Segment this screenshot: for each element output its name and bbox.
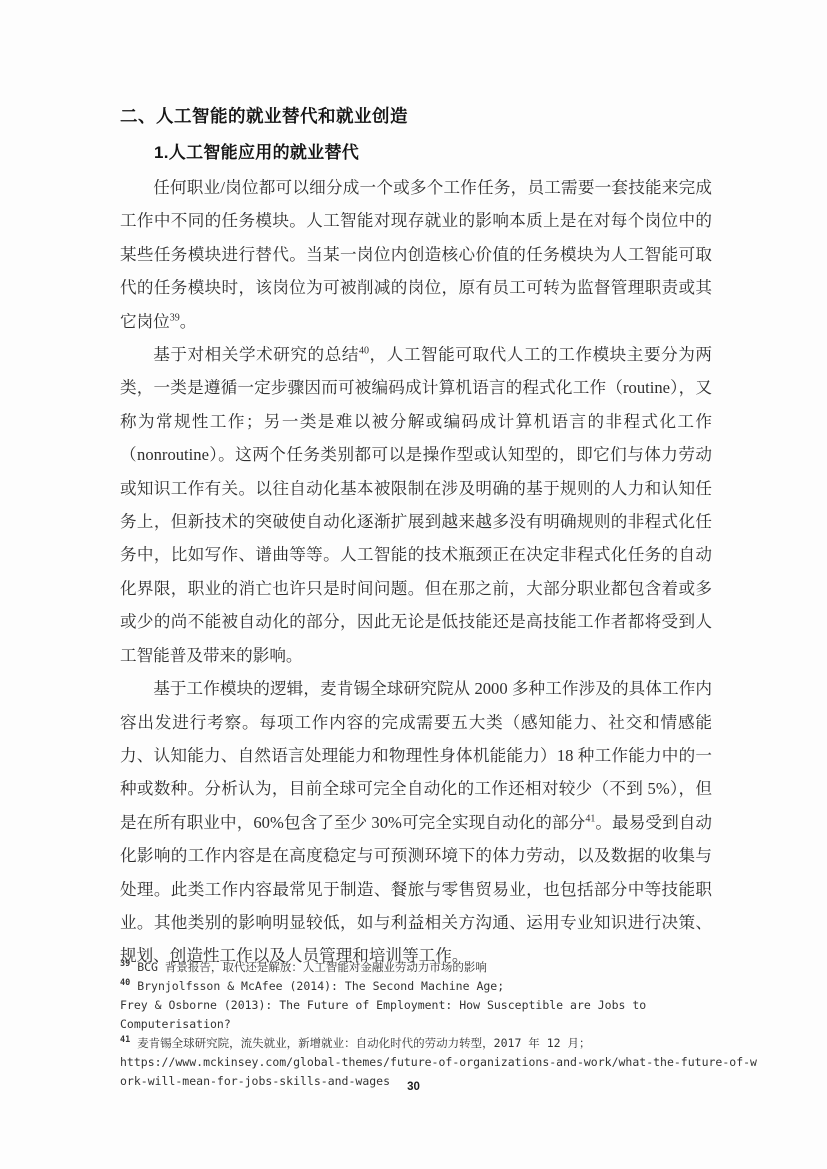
paragraph-3-text: 基于工作模块的逻辑，麦肯锡全球研究院从 2000 多种工作涉及的具体工作内容出发… <box>120 679 712 832</box>
paragraph-1-text: 任何职业/岗位都可以细分成一个或多个工作任务，员工需要一套技能来完成工作中不同的… <box>120 178 712 331</box>
paragraph-2-text-end: ，人工智能可取代人工的工作模块主要分为两类，一类是遵循一定步骤因而可被编码成计算… <box>120 345 712 665</box>
page-number: 30 <box>0 1081 827 1093</box>
section-heading: 二、人工智能的就业替代和就业创造 <box>120 104 712 128</box>
footnote-41-marker: 41 <box>120 1035 130 1045</box>
footnote-39-text: BCG 背景报告，取代还是解放：人工智能对金融业劳动力市场的影响 <box>137 960 487 974</box>
paragraph-2: 基于对相关学术研究的总结40，人工智能可取代人工的工作模块主要分为两类，一类是遵… <box>120 338 712 672</box>
footnote-41-text: 麦肯锡全球研究院，流失就业，新增就业：自动化时代的劳动力转型，2017 年 12… <box>137 1036 590 1050</box>
paragraph-1: 任何职业/岗位都可以细分成一个或多个工作任务，员工需要一套技能来完成工作中不同的… <box>120 171 712 338</box>
footnote-40: 40 Brynjolfsson & McAfee (2014): The Sec… <box>120 977 760 996</box>
subsection-heading: 1.人工智能应用的就业替代 <box>120 141 712 165</box>
document-page: 二、人工智能的就业替代和就业创造 1.人工智能应用的就业替代 任何职业/岗位都可… <box>0 0 827 1169</box>
paragraph-3-text-end: 。最易受到自动化影响的工作内容是在高度稳定与可预测环境下的体力劳动，以及数据的收… <box>120 813 712 966</box>
paragraph-2-text: 基于对相关学术研究的总结 <box>153 345 359 364</box>
footnote-ref-40: 40 <box>359 346 369 357</box>
footnotes-section: 39 BCG 背景报告，取代还是解放：人工智能对金融业劳动力市场的影响 40 B… <box>120 958 760 1091</box>
footnote-39-marker: 39 <box>120 959 130 969</box>
footnote-40-continuation-text: Frey & Osborne (2013): The Future of Emp… <box>120 998 646 1031</box>
page-content: 二、人工智能的就业替代和就业创造 1.人工智能应用的就业替代 任何职业/岗位都可… <box>120 104 712 973</box>
footnote-40-marker: 40 <box>120 978 130 988</box>
paragraph-3: 基于工作模块的逻辑，麦肯锡全球研究院从 2000 多种工作涉及的具体工作内容出发… <box>120 672 712 973</box>
footnote-40-text: Brynjolfsson & McAfee (2014): The Second… <box>137 979 504 993</box>
footnote-ref-41: 41 <box>585 813 595 824</box>
footnote-41: 41 麦肯锡全球研究院，流失就业，新增就业：自动化时代的劳动力转型，2017 年… <box>120 1034 760 1053</box>
paragraph-1-text-end: 。 <box>180 312 197 331</box>
footnote-40-continuation: Frey & Osborne (2013): The Future of Emp… <box>120 996 760 1034</box>
footnote-ref-39: 39 <box>170 312 180 323</box>
footnote-39: 39 BCG 背景报告，取代还是解放：人工智能对金融业劳动力市场的影响 <box>120 958 760 977</box>
